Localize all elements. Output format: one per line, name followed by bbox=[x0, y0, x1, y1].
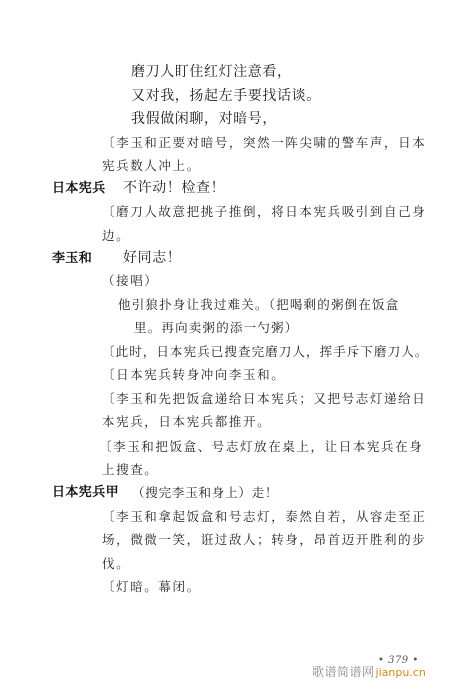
verse-line: 里。再向卖粥的添一勺粥） bbox=[134, 320, 298, 336]
stage-direction: 〔李玉和先把饭盒递给日本宪兵；又把号志灯递给日 bbox=[102, 391, 426, 407]
stage-direction: 上搜查。 bbox=[102, 462, 158, 478]
watermark-chinese: 歌谱简谱网 bbox=[312, 665, 375, 679]
speaker-name: 日本宪兵甲 bbox=[52, 485, 119, 501]
verse-line: 我假做闲聊，对暗号， bbox=[131, 111, 277, 127]
stage-direction: 场，微微一笑，诳过敌人；转身，昂首迈开胜利的步 bbox=[102, 532, 426, 548]
verse-line: 他引狼扑身让我过难关。（把喝剩的粥倒在饭盒 bbox=[118, 297, 399, 313]
dialogue-text: 不许动！检查！ bbox=[123, 180, 225, 196]
stage-direction: 边。 bbox=[102, 228, 130, 244]
stage-direction: 〔李玉和把饭盒、号志灯放在桌上，让日本宪兵在身 bbox=[99, 439, 423, 455]
dialogue-text: （搜完李玉和身上）走！ bbox=[132, 485, 278, 501]
stage-direction: 〔此时，日本宪兵已搜查完磨刀人，挥手斥下磨刀人。 bbox=[102, 344, 428, 360]
stage-direction: 本宪兵，日本宪兵都推开。 bbox=[102, 414, 271, 430]
watermark-domain: jianpu.cn bbox=[376, 666, 426, 679]
verse-line: 又对我，扬起左手要找话谈。 bbox=[131, 88, 321, 104]
stage-direction: 〔灯暗。幕闭。 bbox=[102, 579, 201, 595]
stage-direction: 〔李玉和拿起饭盒和号志灯，泰然自若，从容走至正 bbox=[102, 509, 426, 525]
document-page: 磨刀人盯住红灯注意看， 又对我，扬起左手要找话谈。 我假做闲聊，对暗号， 〔李玉… bbox=[0, 0, 461, 690]
watermark: 歌谱简谱网jianpu.cn bbox=[312, 665, 426, 680]
stage-direction: 宪兵数人冲上。 bbox=[102, 158, 201, 174]
stage-direction: 伐。 bbox=[102, 556, 130, 572]
stage-direction: （接唱） bbox=[102, 273, 158, 289]
speaker-name: 李玉和 bbox=[52, 251, 92, 267]
verse-line: 磨刀人盯住红灯注意看， bbox=[131, 64, 292, 80]
stage-direction: 〔磨刀人故意把挑子推倒，将日本宪兵吸引到自己身 bbox=[102, 204, 426, 220]
stage-direction: 〔日本宪兵转身冲向李玉和。 bbox=[102, 367, 285, 383]
stage-direction: 〔李玉和正要对暗号，突然一阵尖啸的警车声，日本 bbox=[102, 135, 426, 151]
speaker-name: 日本宪兵 bbox=[52, 181, 106, 197]
dialogue-text: 好同志！ bbox=[123, 250, 181, 266]
